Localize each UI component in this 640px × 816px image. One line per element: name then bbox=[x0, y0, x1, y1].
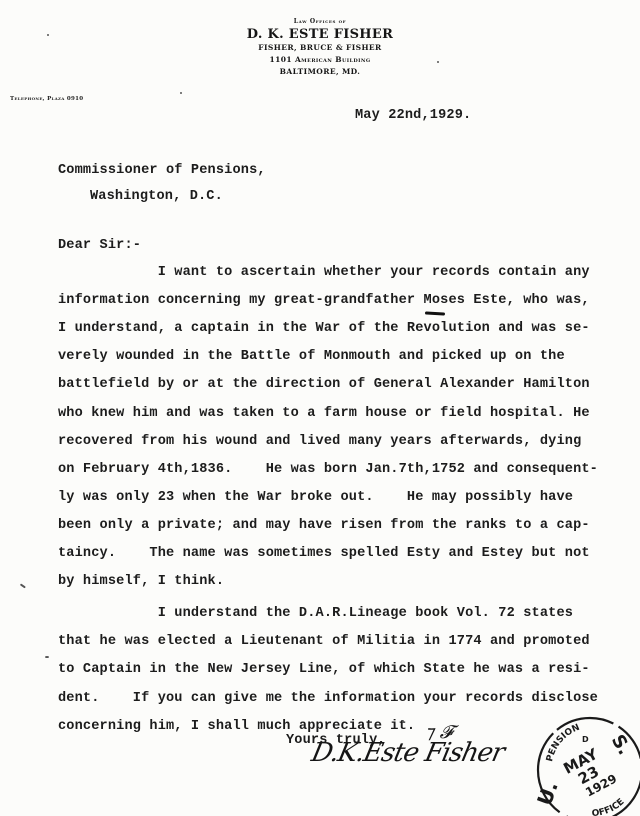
body-line: verely wounded in the Battle of Monmouth… bbox=[58, 349, 565, 364]
body-line: who knew him and was taken to a farm hou… bbox=[58, 406, 590, 421]
paper-speck bbox=[402, 720, 404, 723]
body-line: information concerning my great-grandfat… bbox=[58, 293, 590, 308]
letterhead-law-offices: Law Offices of bbox=[0, 18, 640, 26]
stamp-bottom-text: OFFICE bbox=[591, 797, 626, 816]
body-line: dent. If you can give me the information… bbox=[58, 691, 598, 706]
paper-speck bbox=[47, 34, 49, 36]
body-line: on February 4th,1836. He was born Jan.7t… bbox=[58, 462, 598, 477]
body-line: concerning him, I shall much appreciate … bbox=[58, 719, 415, 734]
letter-page: Law Offices of D. K. ESTE FISHER FISHER,… bbox=[0, 0, 640, 816]
body-line: battlefield by or at the direction of Ge… bbox=[58, 377, 590, 392]
body-line: to Captain in the New Jersey Line, of wh… bbox=[58, 662, 590, 677]
stamp-letter: D bbox=[582, 735, 589, 744]
body-line: that he was elected a Lieutenant of Mili… bbox=[58, 634, 590, 649]
paper-mark bbox=[20, 583, 26, 588]
stamp-right: S. bbox=[607, 731, 635, 759]
paper-speck bbox=[180, 92, 182, 94]
paper-speck bbox=[437, 61, 439, 63]
letterhead-name: D. K. ESTE FISHER bbox=[0, 27, 640, 42]
body-line: recovered from his wound and lived many … bbox=[58, 434, 581, 449]
recipient-line-2: Washington, D.C. bbox=[90, 189, 223, 204]
body-line: I understand, a captain in the War of th… bbox=[58, 321, 590, 336]
letterhead-city: BALTIMORE, MD. bbox=[0, 66, 640, 78]
salutation: Dear Sir:- bbox=[58, 238, 141, 253]
body-line: by himself, I think. bbox=[58, 574, 224, 589]
handwritten-underline bbox=[425, 311, 445, 315]
letterhead: Law Offices of D. K. ESTE FISHER FISHER,… bbox=[0, 18, 640, 78]
body-line: been only a private; and may have risen … bbox=[58, 518, 590, 533]
letterhead-address: 1101 American Building bbox=[0, 54, 640, 66]
telephone-line: Telephone, Plaza 0910 bbox=[10, 96, 83, 102]
letter-date: May 22nd,1929. bbox=[355, 108, 471, 123]
svg-text:OFFICE: OFFICE bbox=[591, 797, 626, 816]
body-line: taincy. The name was sometimes spelled E… bbox=[58, 546, 590, 561]
recipient-line-1: Commissioner of Pensions, bbox=[58, 163, 266, 178]
received-stamp: PENSION D MAY 23 1929 U. S. OFFICE bbox=[532, 712, 640, 816]
stamp-left: U. bbox=[532, 778, 563, 809]
letterhead-firm: FISHER, BRUCE & FISHER bbox=[0, 42, 640, 54]
signature: D.K.Este Fisher bbox=[309, 738, 507, 768]
body-line: ly was only 23 when the War broke out. H… bbox=[58, 490, 573, 505]
paper-speck bbox=[45, 656, 49, 658]
body-line: I want to ascertain whether your records… bbox=[58, 265, 590, 280]
body-line: I understand the D.A.R.Lineage book Vol.… bbox=[58, 606, 573, 621]
